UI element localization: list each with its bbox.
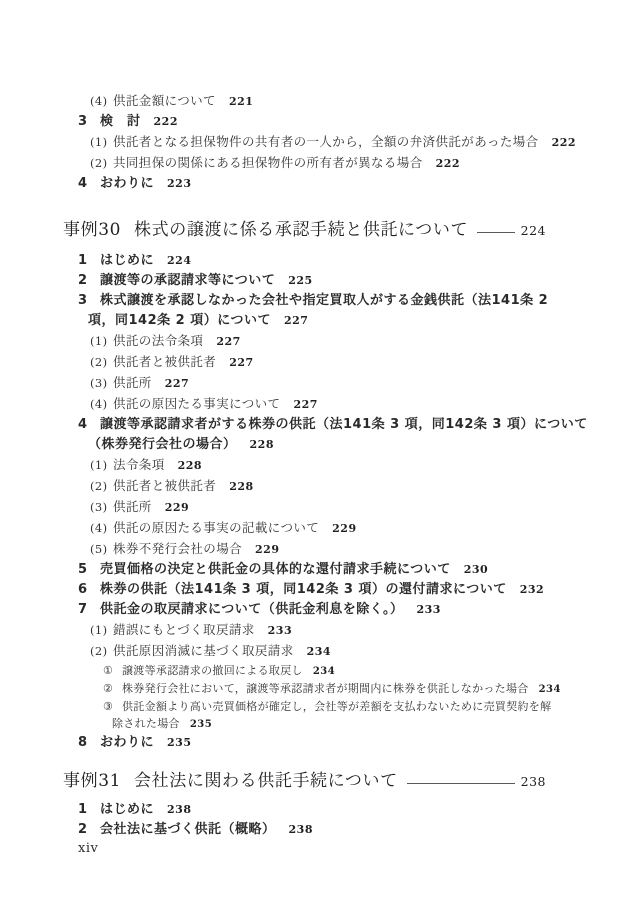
- row-page-number: 228: [178, 456, 202, 476]
- toc-row: ③供託金額より高い売買価格が確定し，会社等が差額を支払わないために売買契約を解: [0, 698, 637, 715]
- toc-row: 5売買価格の決定と供託金の具体的な還付請求手続について230: [0, 560, 637, 580]
- row-page-number: 222: [436, 154, 460, 174]
- row-text: 譲渡等承認請求の撤回による取戻し: [122, 662, 303, 679]
- row-page-number: 230: [464, 560, 488, 580]
- row-label: (4): [90, 394, 113, 414]
- row-label: 2: [78, 820, 100, 840]
- row-label: 7: [78, 600, 100, 620]
- row-label: ①: [103, 662, 122, 679]
- toc-row: (4)供託の原因たる事実について227: [0, 394, 637, 415]
- case-heading: 事例30株式の譲渡に係る承認手続と供託について224: [0, 216, 637, 245]
- row-label: 4: [78, 415, 100, 435]
- page-folio: xiv: [78, 841, 98, 856]
- row-text: 供託金額より高い売買価格が確定し，会社等が差額を支払わないために売買契約を解: [122, 698, 551, 715]
- toc-row: (3)供託所227: [0, 373, 637, 394]
- row-text: 法令条項: [113, 455, 165, 475]
- row-page-number: 228: [250, 435, 274, 455]
- row-label: (2): [90, 476, 113, 496]
- row-label: (3): [90, 373, 113, 393]
- toc-row: 7供託金の取戻請求について（供託金利息を除く。）233: [0, 600, 637, 620]
- row-text: はじめに: [100, 251, 154, 271]
- toc-row: 4譲渡等承認請求者がする株券の供託（法141条 3 項，同142条 3 項）につ…: [0, 415, 637, 435]
- row-label: (1): [90, 132, 113, 152]
- row-text: 供託所: [113, 497, 152, 517]
- case-label: 事例31: [63, 767, 121, 795]
- row-text: 供託金額について: [113, 91, 216, 111]
- toc-row: ②株券発行会社において，譲渡等承認請求者が期間内に株券を供託しなかった場合234: [0, 680, 637, 698]
- row-text: 譲渡等承認請求者がする株券の供託（法141条 3 項，同142条 3 項）につい…: [100, 415, 588, 435]
- toc-row: (4)供託金額について221: [0, 91, 637, 112]
- toc-row: 1はじめに238: [0, 800, 637, 820]
- row-label: ②: [103, 680, 122, 697]
- row-text: 株券不発行会社の場合: [113, 539, 242, 559]
- row-page-number: 223: [167, 174, 191, 194]
- toc-row: 8おわりに235: [0, 733, 637, 753]
- row-page-number: 233: [416, 600, 440, 620]
- row-label: ③: [103, 698, 122, 715]
- case-title: 株式の譲渡に係る承認手続と供託について: [134, 216, 468, 244]
- case-page-number: 238: [521, 768, 546, 796]
- row-text: 供託者と被供託者: [113, 352, 216, 372]
- toc-row: (3)供託所229: [0, 497, 637, 518]
- leader-line: [477, 232, 515, 233]
- row-page-number: 224: [167, 251, 191, 271]
- row-text: 共同担保の関係にある担保物件の所有者が異なる場合: [113, 153, 423, 173]
- row-text: 供託金の取戻請求について（供託金利息を除く。）: [100, 600, 403, 620]
- toc-row: (4)供託の原因たる事実の記載について229: [0, 518, 637, 539]
- row-text: はじめに: [100, 800, 154, 820]
- row-label: 5: [78, 560, 100, 580]
- row-page-number: 227: [216, 332, 240, 352]
- toc-row: 2会社法に基づく供託（概略）238: [0, 820, 637, 840]
- case-items: 1はじめに2382会社法に基づく供託（概略）238: [0, 800, 637, 840]
- toc-row: (1)供託の法令条項227: [0, 331, 637, 352]
- row-label: 6: [78, 580, 100, 600]
- row-page-number: 221: [229, 92, 253, 112]
- row-page-number: 235: [167, 733, 191, 753]
- row-label: 3: [78, 112, 100, 132]
- row-page-number: 229: [255, 540, 279, 560]
- toc-row: 4おわりに223: [0, 174, 637, 194]
- row-label: 4: [78, 174, 100, 194]
- leader-line: [407, 783, 515, 784]
- row-page-number: 233: [268, 621, 292, 641]
- toc-row: (1)法令条項228: [0, 455, 637, 476]
- row-text: 株券の供託（法141条 3 項，同142条 3 項）の還付請求について: [100, 580, 507, 600]
- row-page-number: 227: [229, 353, 253, 373]
- toc-row: 2譲渡等の承認請求等について225: [0, 271, 637, 291]
- toc-row: （株券発行会社の場合）228: [0, 435, 637, 455]
- row-label: (4): [90, 518, 113, 538]
- case-heading: 事例31会社法に関わる供託手続について238: [0, 767, 637, 796]
- row-label: (2): [90, 352, 113, 372]
- row-label: 3: [78, 291, 100, 311]
- row-text: （株券発行会社の場合）: [88, 435, 237, 455]
- row-page-number: 227: [165, 374, 189, 394]
- row-text: 供託所: [113, 373, 152, 393]
- row-page-number: 222: [552, 133, 576, 153]
- toc-pre-section-items: (4)供託金額について2213検 討222(1)供託者となる担保物件の共有者の一…: [0, 0, 637, 194]
- row-page-number: 234: [313, 663, 335, 680]
- row-page-number: 225: [288, 271, 312, 291]
- row-text: 除された場合: [112, 715, 180, 732]
- toc-page: (4)供託金額について2213検 討222(1)供託者となる担保物件の共有者の一…: [0, 0, 637, 900]
- row-label: (3): [90, 497, 113, 517]
- row-text: 錯誤にもとづく取戻請求: [113, 620, 255, 640]
- toc-row: (2)供託者と被供託者228: [0, 476, 637, 497]
- row-page-number: 234: [307, 642, 331, 662]
- row-text: 項，同142条 2 項）について: [88, 311, 271, 331]
- toc-entries: 事例30株式の譲渡に係る承認手続と供託について2241はじめに2242譲渡等の承…: [0, 216, 637, 840]
- row-page-number: 222: [154, 112, 178, 132]
- case-label: 事例30: [63, 216, 121, 244]
- case-title: 会社法に関わる供託手続について: [134, 767, 398, 795]
- row-page-number: 228: [229, 477, 253, 497]
- row-label: 8: [78, 733, 100, 753]
- row-page-number: 229: [332, 519, 356, 539]
- row-label: (5): [90, 539, 113, 559]
- toc-row: 1はじめに224: [0, 251, 637, 271]
- row-text: 供託原因消滅に基づく取戻請求: [113, 641, 294, 661]
- row-text: 供託の法令条項: [113, 331, 203, 351]
- row-page-number: 227: [284, 311, 308, 331]
- toc-row: ①譲渡等承認請求の撤回による取戻し234: [0, 662, 637, 680]
- row-page-number: 238: [289, 820, 313, 840]
- row-text: 売買価格の決定と供託金の具体的な還付請求手続について: [100, 560, 451, 580]
- toc-row: (2)供託者と被供託者227: [0, 352, 637, 373]
- row-page-number: 227: [293, 395, 317, 415]
- row-text: 供託者となる担保物件の共有者の一人から，全額の弁済供託があった場合: [113, 132, 539, 152]
- row-text: 株式譲渡を承認しなかった会社や指定買取人がする金銭供託（法141条 2: [100, 291, 548, 311]
- row-text: 供託の原因たる事実について: [113, 394, 280, 414]
- toc-row: (2)共同担保の関係にある担保物件の所有者が異なる場合222: [0, 153, 637, 174]
- row-label: (1): [90, 455, 113, 475]
- toc-row: 3検 討222: [0, 112, 637, 132]
- row-text: 会社法に基づく供託（概略）: [100, 820, 276, 840]
- row-label: (1): [90, 620, 113, 640]
- row-label: 1: [78, 251, 100, 271]
- toc-row: 3株式譲渡を承認しなかった会社や指定買取人がする金銭供託（法141条 2: [0, 291, 637, 311]
- row-label: (1): [90, 331, 113, 351]
- toc-row: (1)錯誤にもとづく取戻請求233: [0, 620, 637, 641]
- toc-row: (2)供託原因消滅に基づく取戻請求234: [0, 641, 637, 662]
- row-page-number: 229: [165, 498, 189, 518]
- toc-row: (5)株券不発行会社の場合229: [0, 539, 637, 560]
- row-text: 供託者と被供託者: [113, 476, 216, 496]
- row-text: 検 討: [100, 112, 141, 132]
- row-label: 1: [78, 800, 100, 820]
- row-text: 譲渡等の承認請求等について: [100, 271, 275, 291]
- row-text: おわりに: [100, 174, 154, 194]
- toc-row: 除された場合235: [0, 715, 637, 733]
- row-page-number: 235: [190, 716, 212, 733]
- row-label: 2: [78, 271, 100, 291]
- case-page-number: 224: [521, 217, 546, 245]
- toc-row: 6株券の供託（法141条 3 項，同142条 3 項）の還付請求について232: [0, 580, 637, 600]
- row-page-number: 234: [539, 681, 561, 698]
- toc-row: 項，同142条 2 項）について227: [0, 311, 637, 331]
- row-page-number: 232: [520, 580, 544, 600]
- row-label: (2): [90, 641, 113, 661]
- row-text: 株券発行会社において，譲渡等承認請求者が期間内に株券を供託しなかった場合: [122, 680, 529, 697]
- row-text: おわりに: [100, 733, 154, 753]
- row-label: (4): [90, 91, 113, 111]
- row-text: 供託の原因たる事実の記載について: [113, 518, 319, 538]
- case-items: 1はじめに2242譲渡等の承認請求等について2253株式譲渡を承認しなかった会社…: [0, 251, 637, 753]
- row-label: (2): [90, 153, 113, 173]
- row-page-number: 238: [167, 800, 191, 820]
- toc-row: (1)供託者となる担保物件の共有者の一人から，全額の弁済供託があった場合222: [0, 132, 637, 153]
